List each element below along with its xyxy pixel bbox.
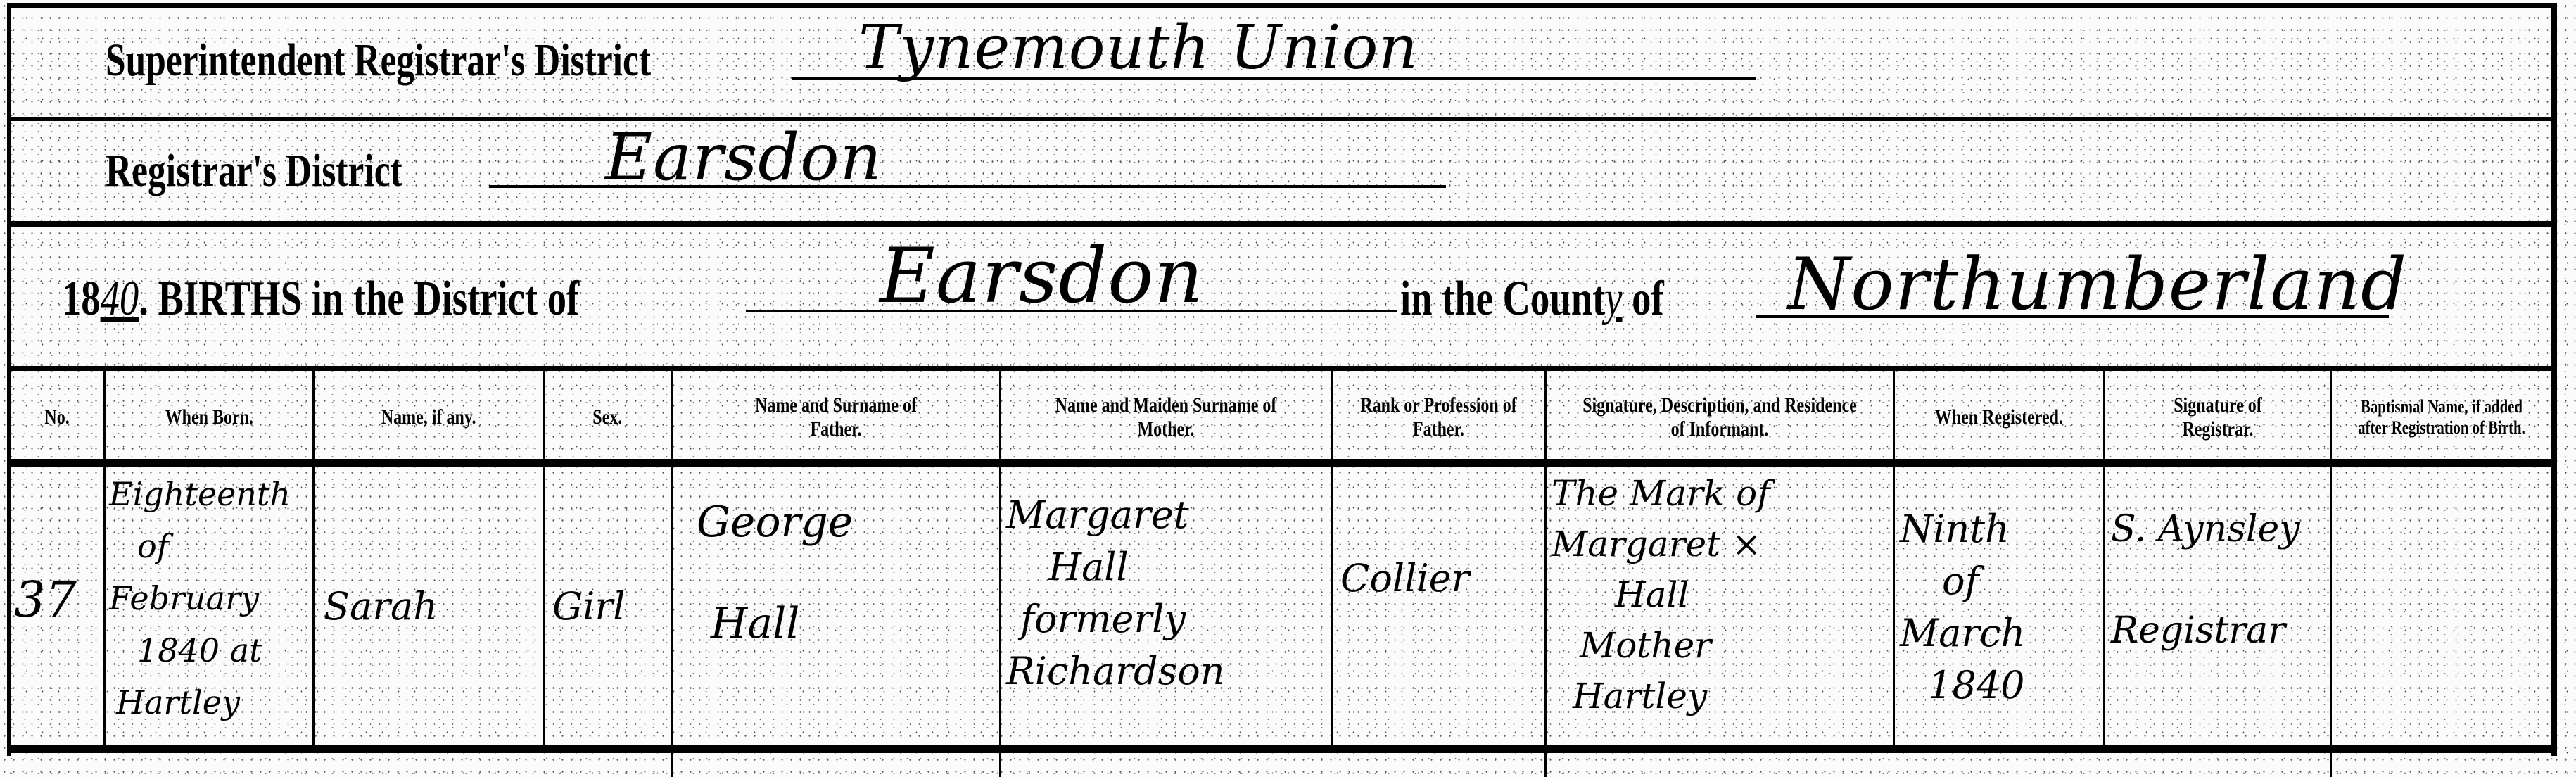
year-prefix: 1840. BIRTHS in the District of xyxy=(62,271,579,327)
cell-sex: Girl xyxy=(552,468,672,743)
cell-informant: The Mark of Margaret × Hall Mother Hartl… xyxy=(1552,468,1889,743)
next-row-line-3 xyxy=(1544,753,1547,777)
col-header-sex: Sex. xyxy=(545,377,671,457)
col-line-6 xyxy=(1331,371,1333,746)
cell-rank: Collier xyxy=(1340,468,1544,743)
year-suffix-handwritten: 40 xyxy=(101,272,139,326)
county-label: in the County of xyxy=(1400,271,1664,327)
col-header-father: Name and Surname of Father. xyxy=(673,377,999,457)
next-row-line-1 xyxy=(671,753,673,777)
col-header-baptismal: Baptismal Name, if added after Registrat… xyxy=(2332,377,2551,457)
county-label-of: of xyxy=(1632,272,1663,326)
superintendent-district-value: Tynemouth Union xyxy=(858,13,1419,83)
col-line-1 xyxy=(103,371,106,746)
col-header-informant: Signature, Description, and Residence of… xyxy=(1547,377,1893,457)
col-header-no: No. xyxy=(11,377,103,457)
row-divider-1 xyxy=(7,117,2555,121)
col-line-7 xyxy=(1544,371,1547,746)
right-border xyxy=(2551,3,2557,756)
col-header-rank: Rank or Profession of Father. xyxy=(1333,377,1544,457)
county-label-y: y xyxy=(1605,272,1622,326)
cell-baptismal xyxy=(2336,468,2547,743)
registrar-district-label: Registrar's District xyxy=(106,144,402,198)
row-divider-3 xyxy=(7,366,2555,371)
top-border xyxy=(7,3,2555,8)
col-header-name: Name, if any. xyxy=(315,377,543,457)
next-row-line-4 xyxy=(2330,753,2332,777)
cell-registrar: S. Aynsley Registrar xyxy=(2111,468,2329,743)
birth-register-page: Superintendent Registrar's District Tyne… xyxy=(0,0,2576,777)
county-label-a: in the Count xyxy=(1400,272,1605,326)
county-value: Northumberland xyxy=(1787,243,2407,327)
col-line-5 xyxy=(999,371,1001,746)
superintendent-district-label: Superintendent Registrar's District xyxy=(106,34,651,87)
year-prefix-text: 18 xyxy=(62,272,101,326)
cell-name: Sarah xyxy=(324,468,535,743)
district-value: Earsdon xyxy=(880,232,1204,320)
cell-father: George Hall xyxy=(697,468,992,743)
births-district-label: . BIRTHS in the District of xyxy=(139,272,579,326)
col-line-10 xyxy=(2330,371,2332,746)
registrar-district-value: Earsdon xyxy=(605,120,882,195)
col-header-registrar: Signature of Registrar. xyxy=(2105,377,2330,457)
row-divider-2 xyxy=(7,221,2555,227)
col-line-8 xyxy=(1893,371,1895,746)
cell-when-born: Eighteenth of February 1840 at Hartley xyxy=(109,468,320,743)
col-header-when-registered: When Registered. xyxy=(1895,377,2103,457)
cell-when-registered: Ninth of March 1840 xyxy=(1900,468,2104,743)
cell-mother: Margaret Hall formerly Richardson xyxy=(1006,468,1330,743)
col-header-mother: Name and Maiden Surname of Mother. xyxy=(1001,377,1331,457)
next-row-line-2 xyxy=(999,753,1001,777)
col-header-when-born: When Born. xyxy=(106,377,312,457)
cell-no: 37 xyxy=(14,468,102,743)
col-line-3 xyxy=(543,371,545,746)
row-bottom-border xyxy=(7,745,2555,753)
header-divider xyxy=(7,459,2555,467)
